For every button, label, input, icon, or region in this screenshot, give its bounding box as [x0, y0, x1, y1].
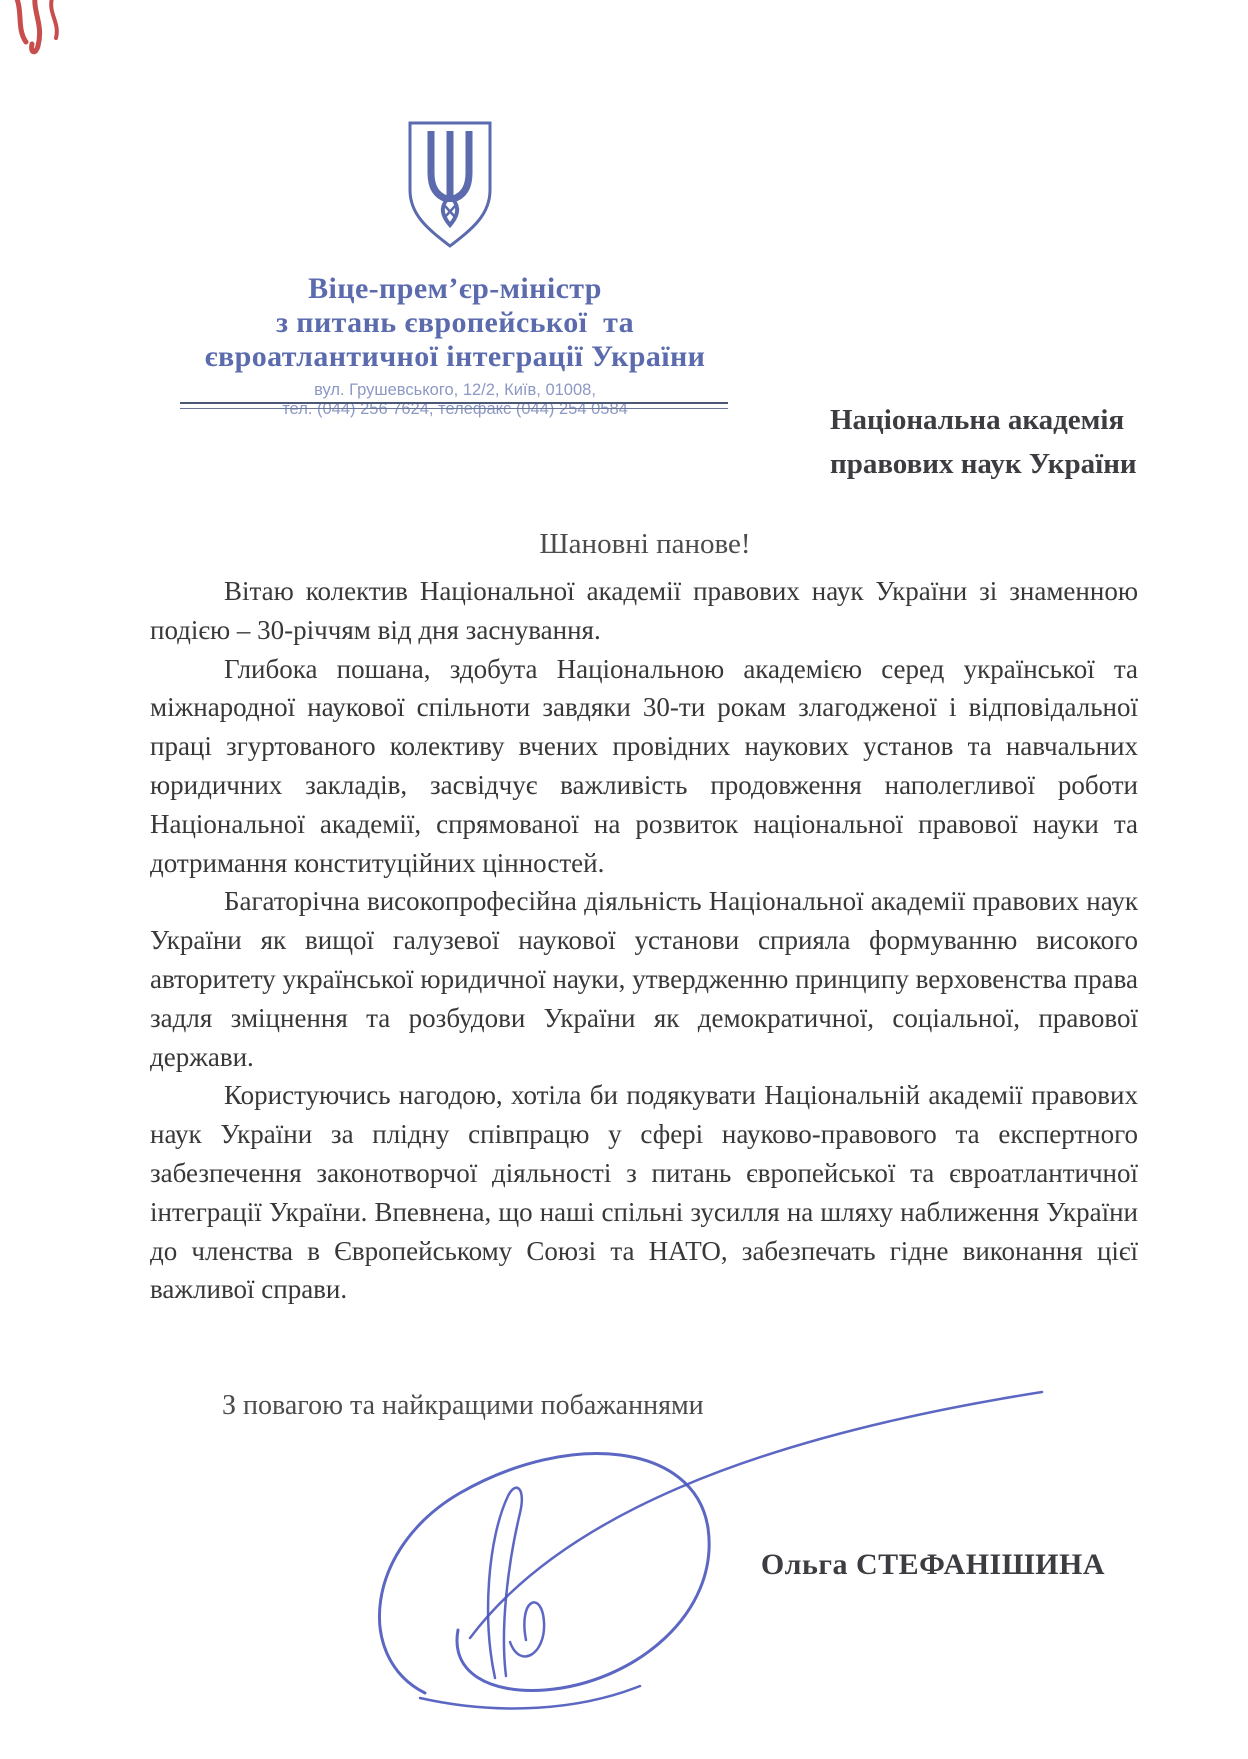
paragraph: Користуючись нагодою, хотіла би подякува… — [150, 1076, 1138, 1309]
red-pen-marks-icon — [4, 0, 74, 68]
paragraph: Багаторічна високопрофесійна діяльність … — [150, 882, 1138, 1076]
addressee-block: Національна академія правових наук Украї… — [830, 398, 1137, 486]
sender-address: вул. Грушевського, 12/2, Київ, 01008, — [148, 381, 762, 400]
sender-title-line3: євроатлантичної інтеграції України — [148, 340, 762, 374]
coat-of-arms — [402, 116, 498, 256]
letterhead: Віце-прем’єр-міністр з питань європейськ… — [148, 272, 762, 419]
letter-body: Вітаю колектив Національної академії пра… — [150, 572, 1138, 1309]
separator-line — [180, 402, 728, 409]
addressee-line2: правових наук України — [830, 442, 1137, 486]
paragraph: Вітаю колектив Національної академії пра… — [150, 572, 1138, 650]
salutation: Шановні панове! — [150, 528, 1140, 561]
sender-title-line1: Віце-прем’єр-міністр — [148, 272, 762, 306]
addressee-line1: Національна академія — [830, 398, 1137, 442]
paragraph: Глибока пошана, здобута Національною ака… — [150, 650, 1138, 883]
letter-page: Віце-прем’єр-міністр з питань європейськ… — [0, 0, 1248, 1759]
ukraine-trident-icon — [402, 116, 498, 256]
sender-title-line2: з питань європейської та — [148, 306, 762, 340]
signer-name: Ольга СТЕФАНІШИНА — [761, 1548, 1105, 1582]
